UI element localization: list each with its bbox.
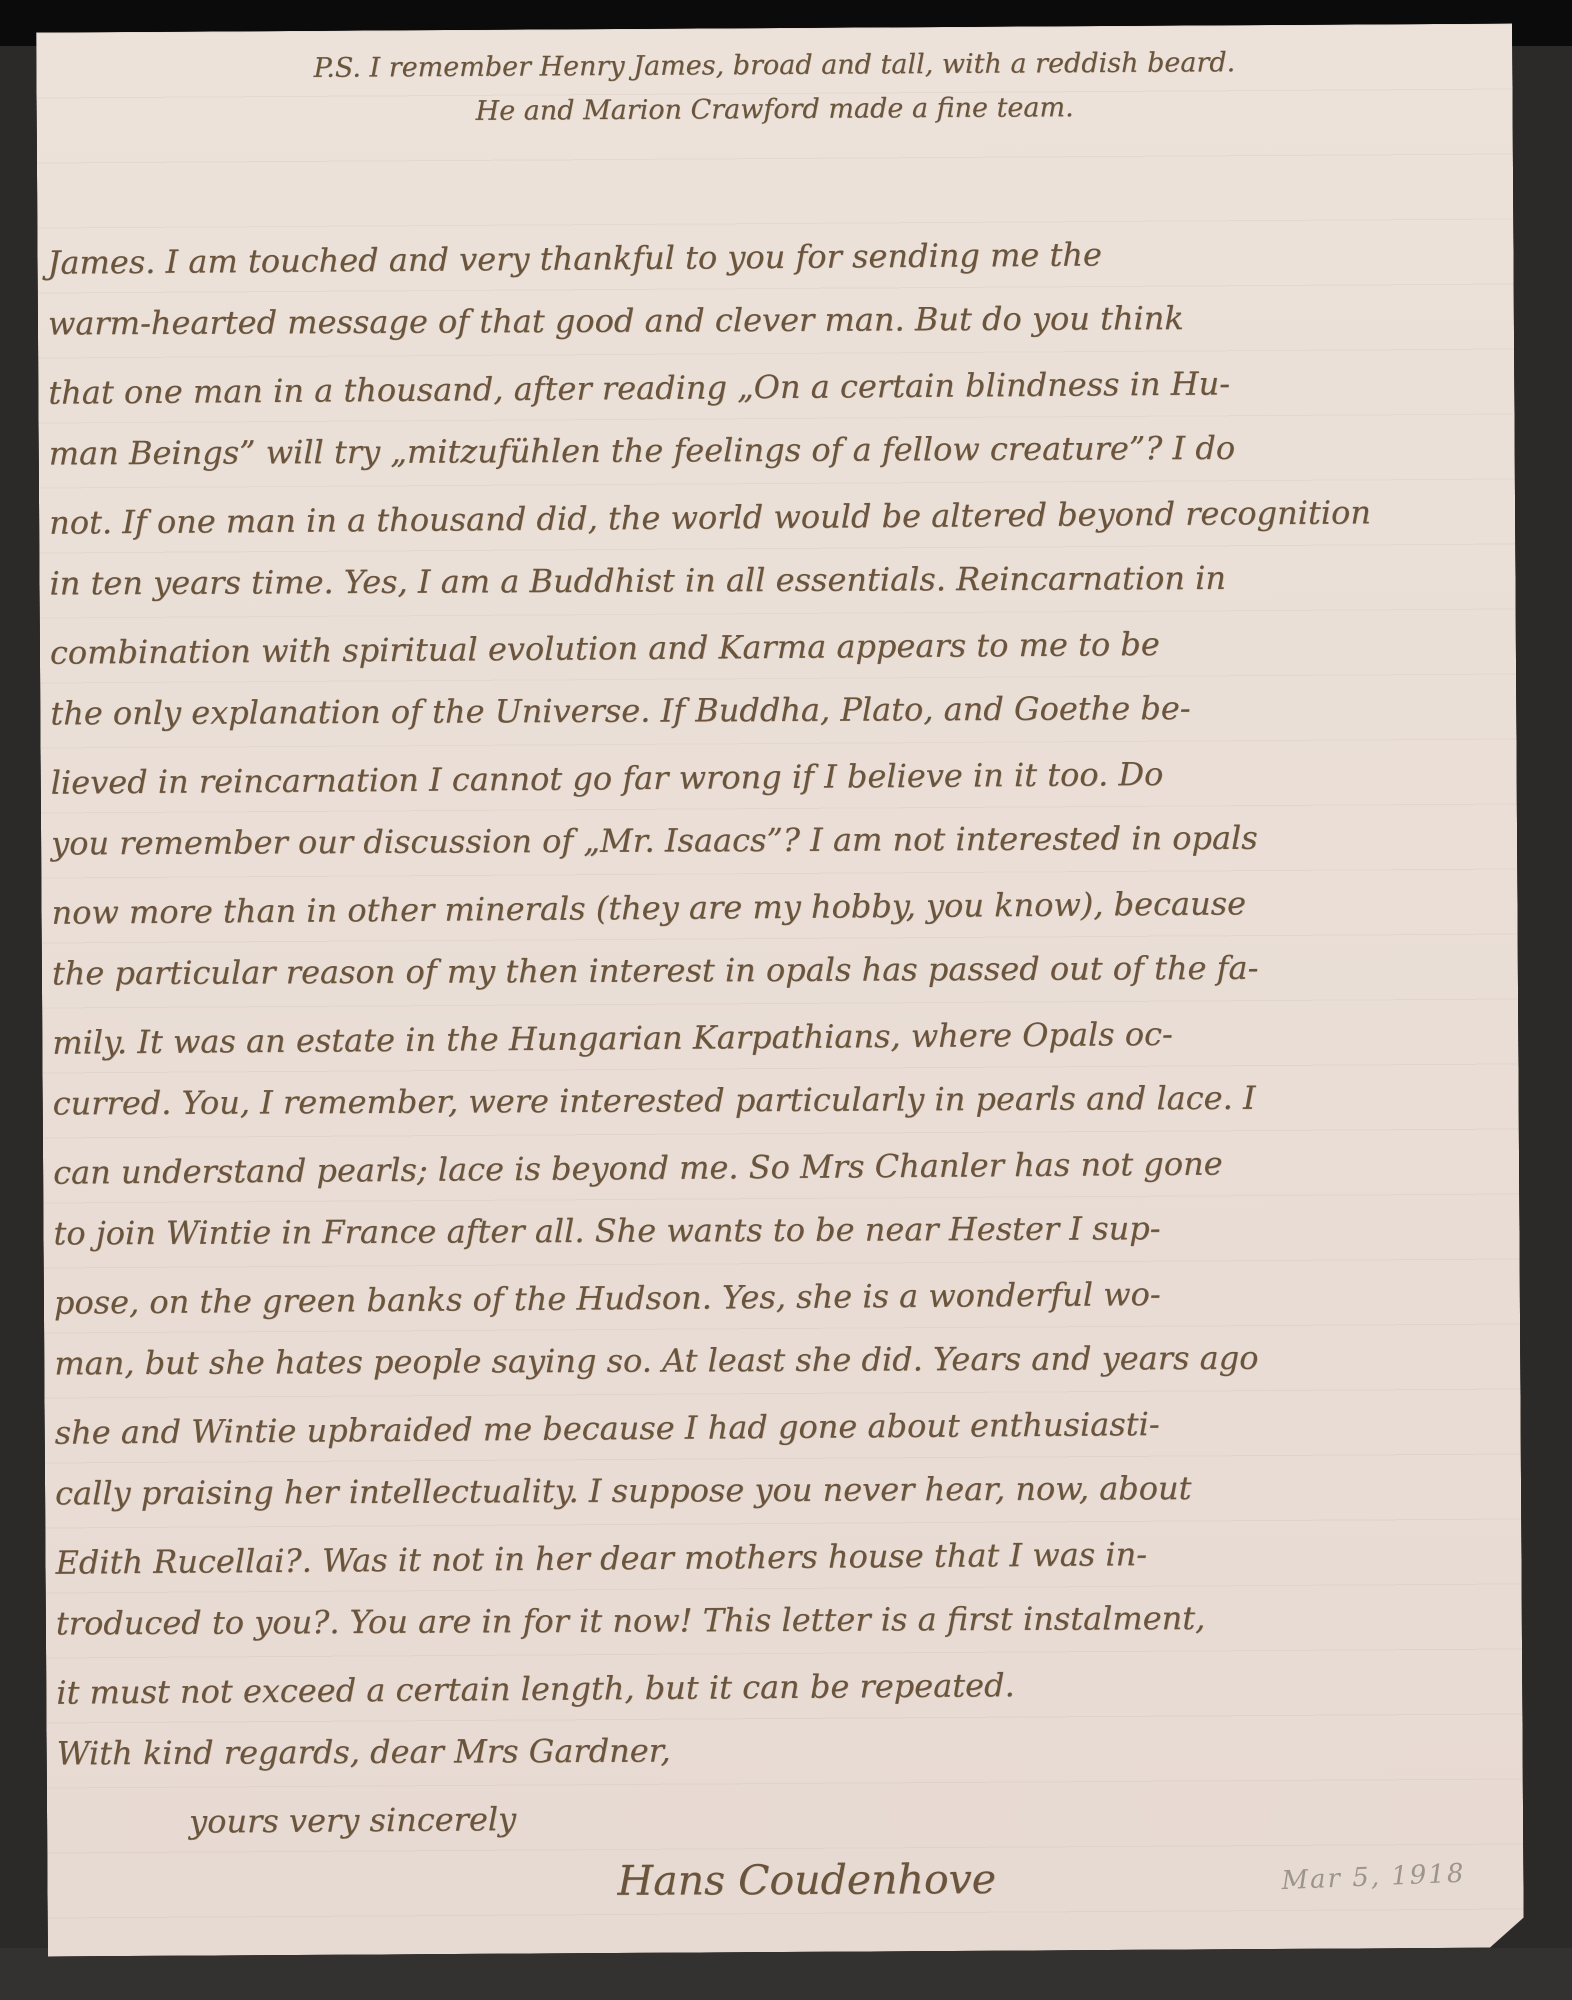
letter-line: not. If one man in a thousand did, the w… bbox=[49, 479, 1489, 555]
letter-line: you remember our discussion of „Mr. Isaa… bbox=[51, 805, 1491, 877]
letter-line: curred. You, I remember, were interested… bbox=[53, 1065, 1493, 1137]
background-bottom-band bbox=[0, 1948, 1572, 2000]
letter-line: Edith Rucellai?. Was it not in her dear … bbox=[55, 1519, 1495, 1595]
letter-line: the particular reason of my then interes… bbox=[52, 935, 1492, 1007]
letter-line: James. I am touched and very thankful to… bbox=[47, 219, 1487, 295]
letter-line: now more than in other minerals (they ar… bbox=[51, 869, 1491, 945]
letter-line: in ten years time. Yes, I am a Buddhist … bbox=[49, 545, 1489, 617]
letter-line: she and Wintie upbraided me because I ha… bbox=[54, 1389, 1494, 1465]
letter-line: man Beings” will try „mitzufühlen the fe… bbox=[49, 415, 1489, 487]
letter-line: the only explanation of the Universe. If… bbox=[50, 675, 1490, 747]
letter-line: warm-hearted message of that good and cl… bbox=[48, 285, 1488, 357]
letter-body: James. I am touched and very thankful to… bbox=[47, 220, 1497, 1919]
valediction-line: yours very sincerely bbox=[57, 1779, 1497, 1855]
letter-line: lieved in reincarnation I cannot go far … bbox=[50, 739, 1490, 815]
letter-line: it must not exceed a certain length, but… bbox=[56, 1649, 1496, 1725]
letter-line: mily. It was an estate in the Hungarian … bbox=[52, 999, 1492, 1075]
scanned-letter-photo: { "document": { "type": "handwritten-let… bbox=[0, 0, 1572, 2000]
letter-line: can understand pearls; lace is beyond me… bbox=[53, 1129, 1493, 1205]
postscript-line-2: He and Marion Crawford made a fine team. bbox=[37, 84, 1513, 137]
letter-line: troduced to you?. You are in for it now!… bbox=[56, 1585, 1496, 1657]
letter-line: that one man in a thousand, after readin… bbox=[48, 349, 1488, 425]
closing-line: With kind regards, dear Mrs Gardner, bbox=[57, 1715, 1497, 1787]
letter-line: cally praising her intellectuality. I su… bbox=[55, 1455, 1495, 1527]
letter-line: combination with spiritual evolution and… bbox=[50, 609, 1490, 685]
letter-line: man, but she hates people saying so. At … bbox=[54, 1325, 1494, 1397]
postscript-block: P.S. I remember Henry James, broad and t… bbox=[36, 40, 1513, 137]
letter-page: P.S. I remember Henry James, broad and t… bbox=[36, 24, 1524, 1957]
letter-line: to join Wintie in France after all. She … bbox=[53, 1195, 1493, 1267]
letter-line: pose, on the green banks of the Hudson. … bbox=[54, 1259, 1494, 1335]
